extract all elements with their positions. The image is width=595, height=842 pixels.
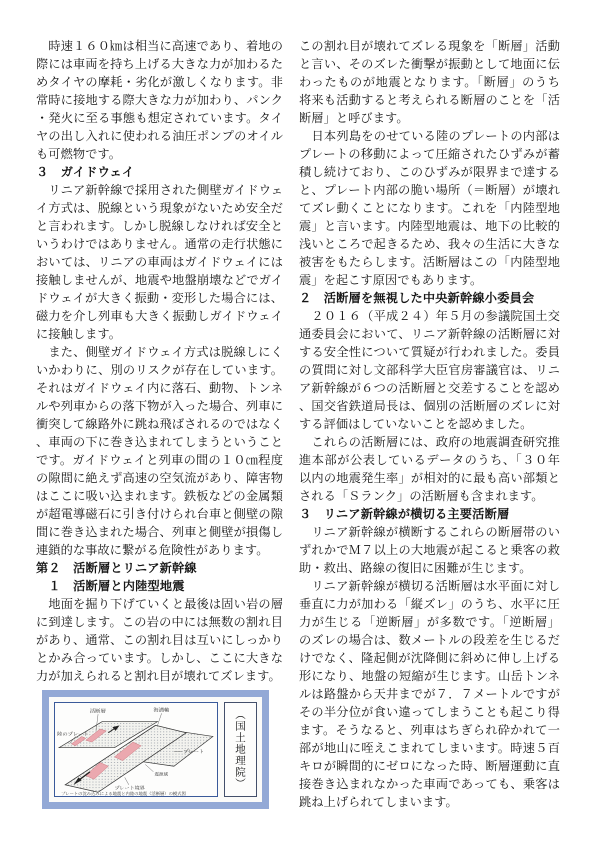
body-paragraph: 地面を掘り下げていくと最後は固い岩の層に到達します。この岩の中には無数の割れ目が…: [36, 595, 283, 685]
section-heading: 第２ 活断層とリニア新幹線: [36, 559, 283, 577]
body-paragraph: リニア新幹線で採用された側壁ガイドウェイ方式は、脱線という現象がないため安全だと…: [36, 181, 283, 343]
right-column: この割れ目が壊れてズレる現象を「断層」活動と言い、そのズレた衝撃が振動として地面…: [299, 37, 560, 811]
label-source-area: 震源域: [154, 771, 168, 778]
left-column: 時速１６０㎞は相当に高速であり、着地の際には車両を持ち上げる大きな力が加わるため…: [36, 37, 283, 685]
section-heading: ３ ガイドウェイ: [36, 163, 283, 181]
figure-credit-text: （国土地理院）: [233, 709, 248, 790]
section-heading: １ 活断層と内陸型地震: [36, 577, 283, 595]
body-paragraph: リニア新幹線が横切る活断層は水平面に対し垂直に力が加わる「縦ズレ」のうち、水平に…: [299, 577, 560, 811]
figure-inner: 活断層 海溝軸 陸のプレート プレート 震源域 プレート境界 プレートの沈み込み…: [49, 697, 262, 802]
body-paragraph: 日本列島をのせている陸のプレートの内部はプレートの移動によって圧縮されたひずみが…: [299, 127, 560, 289]
body-paragraph: 時速１６０㎞は相当に高速であり、着地の際には車両を持ち上げる大きな力が加わるため…: [36, 37, 283, 163]
fault-diagram-illustration: 活断層 海溝軸 陸のプレート プレート 震源域 プレート境界 プレートの沈み込み…: [55, 703, 217, 796]
body-paragraph: また、側壁ガイドウェイ方式は脱線しにくいかわりに、別のリスクが存在しています。そ…: [36, 343, 283, 559]
fault-block-diagram: 活断層 海溝軸 陸のプレート プレート 震源域 プレート境界 プレートの沈み込み…: [54, 702, 218, 797]
label-plate: プレート: [183, 749, 204, 755]
body-paragraph: ２０１６（平成２４）年５月の参議院国土交通委員会において、リニア新幹線の活断層に…: [299, 307, 560, 433]
body-paragraph: これらの活断層には、政府の地震調査研究推進本部が公表しているデータのうち、「３０…: [299, 433, 560, 505]
section-heading: ３ リニア新幹線が横切る主要活断層: [299, 505, 560, 523]
label-active-fault: 活断層: [90, 708, 106, 715]
label-trench-axis: 海溝軸: [153, 707, 169, 714]
body-paragraph: この割れ目が壊れてズレる現象を「断層」活動と言い、そのズレた衝撃が振動として地面…: [299, 37, 560, 127]
body-paragraph: リニア新幹線が横断するこれらの断層帯のいずれかでＭ７以上の大地震が起こると乗客の…: [299, 523, 560, 577]
figure-fault-diagram: 活断層 海溝軸 陸のプレート プレート 震源域 プレート境界 プレートの沈み込み…: [42, 690, 269, 809]
figure-caption: プレートの沈み込みによる地震と内陸の地震（活断層）の模式図: [61, 790, 186, 796]
label-land-plate: 陸のプレート: [57, 731, 89, 738]
section-heading: ２ 活断層を無視した中央新幹線小委員会: [299, 289, 560, 307]
figure-credit-box: （国土地理院）: [224, 702, 257, 797]
